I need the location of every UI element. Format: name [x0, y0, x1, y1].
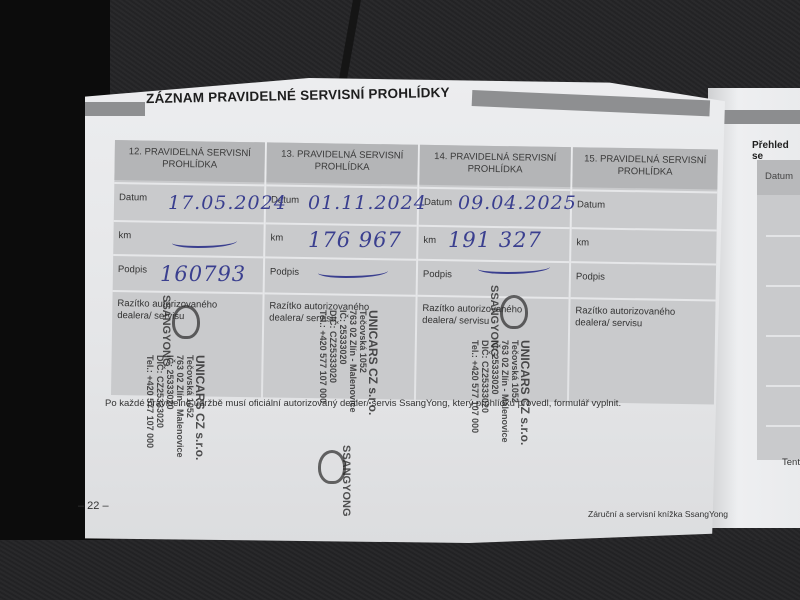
- signature-label: Podpis: [576, 271, 605, 282]
- km-label: km: [576, 237, 589, 248]
- right-page-header-bar: [715, 110, 800, 124]
- dealer-stamp-14: UNICARS CZ s.r.o.Tečovská 1052763 02 Zlí…: [470, 340, 530, 445]
- signature-label: Podpis: [423, 269, 452, 280]
- km-row: km: [571, 227, 717, 263]
- header-bar-left: [85, 102, 145, 116]
- right-page-footer-text: Tent: [782, 457, 800, 468]
- right-page-date-header: Datum: [757, 160, 800, 195]
- right-page-row-line: [766, 385, 800, 387]
- handwritten-km-14: 191 327: [448, 228, 542, 252]
- dealer-stamp-13: UNICARS CZ s.r.o.Tečovská 1052763 02 Zlí…: [318, 310, 378, 415]
- inspection-header: 15. PRAVIDELNÁ SERVISNÍ PROHLÍDKA: [572, 147, 718, 189]
- background-seat-bottom: [0, 540, 800, 600]
- date-row: Datum: [572, 189, 718, 229]
- date-label: Datum: [424, 197, 452, 208]
- handwritten-date-14: 09.04.2025: [458, 192, 577, 214]
- ssangyong-logo-icon: [500, 295, 528, 329]
- ssangyong-logo-icon: [172, 305, 200, 339]
- km-label: km: [270, 232, 283, 243]
- right-page-row-line: [766, 285, 800, 287]
- right-page-row-line: [766, 425, 800, 427]
- page-number: – 22 –: [78, 500, 109, 512]
- right-page-table: [757, 160, 800, 460]
- stamp-brand-14: SSANGYONG: [488, 285, 500, 357]
- handwritten-km-13: 176 967: [308, 228, 402, 252]
- right-page-row-line: [766, 335, 800, 337]
- handwritten-signature-12: 160793: [160, 262, 246, 286]
- stamp-brand-12: SSANGYONG: [160, 295, 172, 367]
- signature-label: Podpis: [118, 264, 147, 275]
- inspection-header: 13. PRAVIDELNÁ SERVISNÍ PROHLÍDKA: [266, 142, 418, 184]
- km-label: km: [118, 230, 131, 241]
- book-footer: Záruční a servisní knížka SsangYong: [588, 509, 728, 519]
- stamp-brand-13: SSANGYONG: [340, 445, 352, 517]
- inspection-header: 12. PRAVIDELNÁ SERVISNÍ PROHLÍDKA: [114, 140, 265, 182]
- right-page-row-line: [766, 235, 800, 237]
- right-page-title: Přehled se: [752, 140, 800, 162]
- date-label: Datum: [119, 192, 147, 203]
- stamp-label: Razítko autorizovaného dealera/ servisu: [575, 305, 695, 331]
- date-label: Datum: [577, 199, 605, 210]
- inspection-column-15: 15. PRAVIDELNÁ SERVISNÍ PROHLÍDKADatumkm…: [569, 147, 718, 404]
- dealer-stamp-12: UNICARS CZ s.r.o.Tečovská 1052763 02 Zlí…: [145, 355, 205, 460]
- signature-label: Podpis: [270, 266, 299, 277]
- inspection-header: 14. PRAVIDELNÁ SERVISNÍ PROHLÍDKA: [419, 145, 571, 187]
- handwritten-date-13: 01.11.2024: [308, 192, 427, 214]
- handwritten-date-12: 17.05.2024: [168, 192, 287, 214]
- stamp-row: Razítko autorizovaného dealera/ servisu: [569, 297, 716, 404]
- signature-row: Podpis: [571, 261, 717, 299]
- km-label: km: [423, 235, 436, 246]
